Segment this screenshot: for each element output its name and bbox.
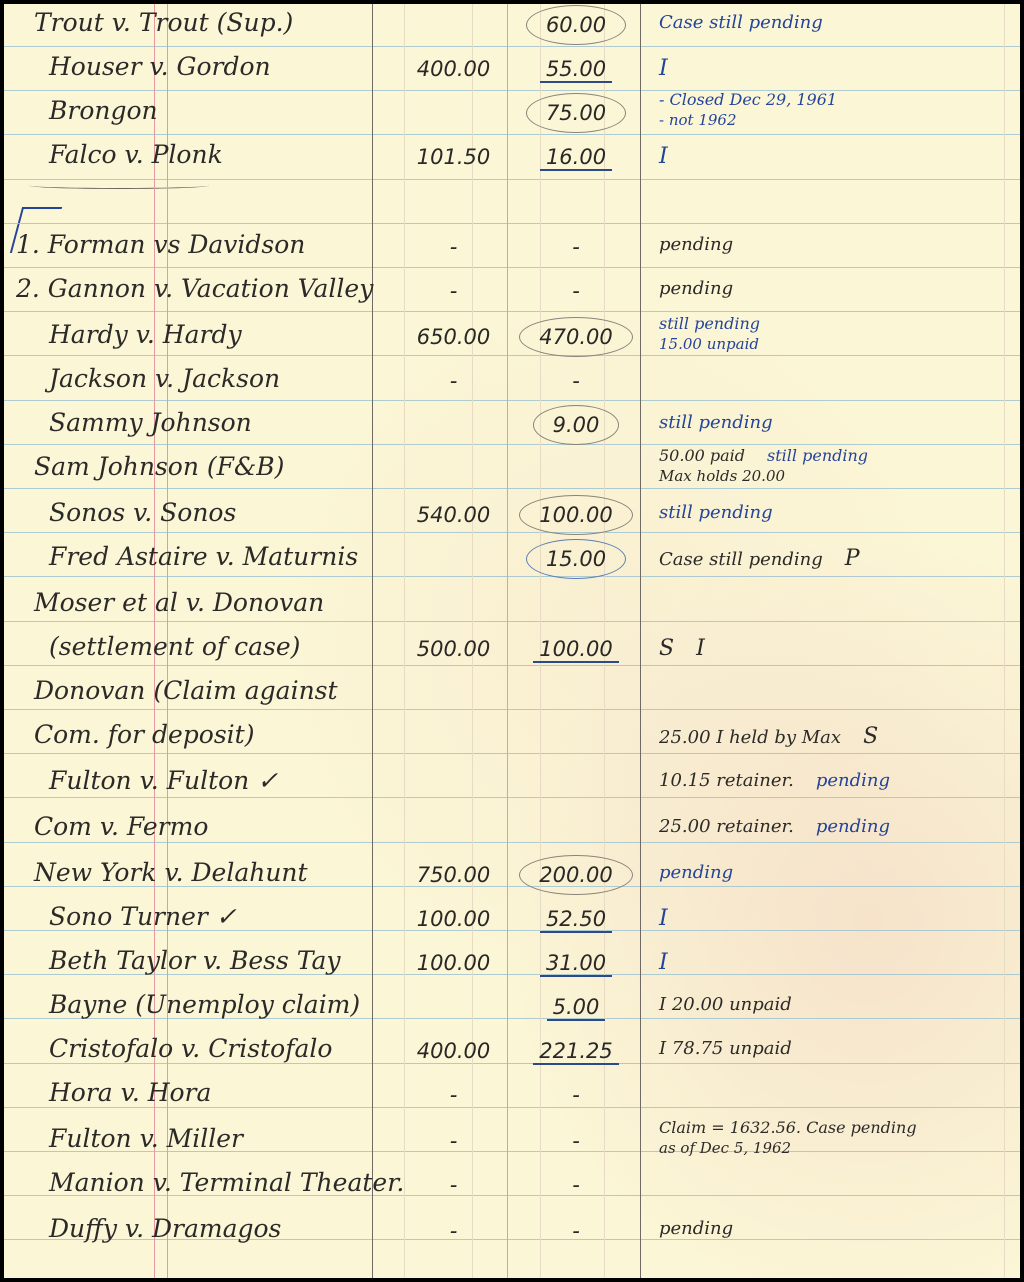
- note-text: 10.15 retainer.: [659, 770, 794, 791]
- ledger-row: Sono Turner ✓100.0052.50I: [4, 898, 1020, 942]
- paid-amount: 75.00: [540, 101, 612, 125]
- note-text: pending: [659, 278, 733, 299]
- status-note: Claim = 1632.56. Case pendingas of Dec 5…: [659, 1118, 917, 1157]
- ledger-row: Sonos v. Sonos540.00100.00still pending: [4, 494, 1020, 538]
- fee-amount: 500.00: [406, 637, 501, 661]
- fee-amount: -: [406, 1129, 501, 1153]
- note-extra: pending: [816, 816, 890, 837]
- paid-amount-cell: -: [517, 1083, 635, 1107]
- paid-amount: -: [566, 1219, 586, 1243]
- note-text: 50.00 paid: [659, 446, 745, 465]
- note-text: Case still pending: [659, 12, 823, 33]
- case-name: Sonos v. Sonos: [49, 498, 236, 527]
- fee-amount: -: [406, 279, 501, 303]
- paid-amount-cell: 16.00: [517, 145, 635, 171]
- paid-amount-cell: -: [517, 279, 635, 303]
- note-text: still pending: [659, 314, 760, 333]
- paid-amount: 60.00: [540, 13, 612, 37]
- ledger-row: Fulton v. Miller--Claim = 1632.56. Case …: [4, 1120, 1020, 1164]
- paid-amount: 55.00: [540, 57, 612, 83]
- paid-amount-cell: -: [517, 1173, 635, 1197]
- status-note: I 20.00 unpaid: [659, 994, 792, 1015]
- ledger-row: [4, 180, 1020, 224]
- ledger-row: Sam Johnson (F&B)50.00 paidstill pending…: [4, 448, 1020, 492]
- ledger-row: Jackson v. Jackson--: [4, 360, 1020, 404]
- paid-amount: -: [566, 235, 586, 259]
- note-extra: still pending: [767, 446, 868, 465]
- paid-amount: 221.25: [533, 1039, 618, 1065]
- case-name: New York v. Delahunt: [34, 858, 308, 887]
- paid-amount-cell: 100.00: [517, 637, 635, 663]
- status-note: Case still pendingP: [659, 546, 860, 571]
- note-extra: P: [845, 546, 860, 571]
- note-text: pending: [659, 862, 733, 883]
- case-name: Hora v. Hora: [49, 1078, 211, 1107]
- status-note: still pending15.00 unpaid: [659, 314, 760, 353]
- case-name: Manion v. Terminal Theater.: [49, 1168, 404, 1197]
- status-note: 10.15 retainer.pending: [659, 770, 890, 791]
- paid-amount-cell: 15.00: [517, 547, 635, 571]
- case-name: Cristofalo v. Cristofalo: [49, 1034, 332, 1063]
- ledger-row: Beth Taylor v. Bess Tay100.0031.00I: [4, 942, 1020, 986]
- paid-amount-cell: 5.00: [517, 995, 635, 1021]
- fee-amount: 400.00: [406, 1039, 501, 1063]
- status-note: 50.00 paidstill pendingMax holds 20.00: [659, 446, 868, 485]
- note-text: Case still pending: [659, 549, 823, 570]
- paid-amount: 9.00: [547, 413, 606, 437]
- paid-amount: 16.00: [540, 145, 612, 171]
- case-name: 1. Forman vs Davidson: [16, 230, 305, 259]
- case-name: Fulton v. Fulton ✓: [49, 766, 278, 795]
- paid-amount: -: [566, 1173, 586, 1197]
- case-name: Duffy v. Dramagos: [49, 1214, 281, 1243]
- ledger-row: Com v. Fermo25.00 retainer.pending: [4, 808, 1020, 852]
- paid-amount-cell: -: [517, 1129, 635, 1153]
- paid-amount-cell: 60.00: [517, 13, 635, 37]
- fee-amount: -: [406, 1173, 501, 1197]
- case-name: Bayne (Unemploy claim): [49, 990, 360, 1019]
- ledger-row: 1. Forman vs Davidson--pending: [4, 226, 1020, 270]
- status-note: SI: [659, 636, 705, 661]
- ledger-row: Fred Astaire v. Maturnis15.00Case still …: [4, 538, 1020, 582]
- note-extra: S: [863, 724, 878, 749]
- paid-amount: 100.00: [533, 637, 618, 663]
- status-note: 25.00 retainer.pending: [659, 816, 890, 837]
- case-name: Hardy v. Hardy: [49, 320, 242, 349]
- note-text: still pending: [659, 412, 773, 433]
- case-name: Moser et al v. Donovan: [34, 588, 324, 617]
- ledger-row: Bayne (Unemploy claim)5.00I 20.00 unpaid: [4, 986, 1020, 1030]
- status-note: pending: [659, 862, 733, 883]
- status-note: pending: [659, 234, 733, 255]
- case-name: Sono Turner ✓: [49, 902, 237, 931]
- ledger-row: Trout v. Trout (Sup.)60.00Case still pen…: [4, 4, 1020, 48]
- paid-amount: 470.00: [533, 325, 618, 349]
- note-text: I 20.00 unpaid: [659, 994, 792, 1015]
- case-name: Brongon: [49, 96, 158, 125]
- ledger-row: Houser v. Gordon400.0055.00I: [4, 48, 1020, 92]
- paid-amount-cell: 52.50: [517, 907, 635, 933]
- paid-amount: 52.50: [540, 907, 612, 933]
- ledger-row: New York v. Delahunt750.00200.00pending: [4, 854, 1020, 898]
- paid-amount-cell: 100.00: [517, 503, 635, 527]
- paid-amount-cell: 75.00: [517, 101, 635, 125]
- paid-amount-cell: 221.25: [517, 1039, 635, 1065]
- fee-amount: -: [406, 1083, 501, 1107]
- paid-amount-cell: -: [517, 235, 635, 259]
- note-text: Claim = 1632.56. Case pending: [659, 1118, 917, 1137]
- fee-amount: -: [406, 235, 501, 259]
- status-note: pending: [659, 1218, 733, 1239]
- case-name: Fred Astaire v. Maturnis: [49, 542, 358, 571]
- paid-amount-cell: 31.00: [517, 951, 635, 977]
- case-name: Falco v. Plonk: [49, 140, 223, 169]
- ledger-row: Hora v. Hora--: [4, 1074, 1020, 1118]
- status-note: I: [659, 906, 668, 931]
- paid-amount: 31.00: [540, 951, 612, 977]
- paid-amount-cell: 470.00: [517, 325, 635, 349]
- paid-amount-cell: 55.00: [517, 57, 635, 83]
- status-note: - Closed Dec 29, 1961- not 1962: [659, 90, 837, 129]
- case-name: Fulton v. Miller: [49, 1124, 243, 1153]
- status-note: 25.00 I held by MaxS: [659, 724, 878, 749]
- case-name: Beth Taylor v. Bess Tay: [49, 946, 341, 975]
- ledger-row: Manion v. Terminal Theater.--: [4, 1164, 1020, 1208]
- ledger-row: Sammy Johnson9.00still pending: [4, 404, 1020, 448]
- note-second-line: - not 1962: [659, 111, 837, 129]
- paid-amount: 15.00: [540, 547, 612, 571]
- note-text: 25.00 retainer.: [659, 816, 794, 837]
- fee-amount: 100.00: [406, 951, 501, 975]
- ledger-row: Fulton v. Fulton ✓10.15 retainer.pending: [4, 762, 1020, 806]
- case-name: Com v. Fermo: [34, 812, 208, 841]
- case-name: Houser v. Gordon: [49, 52, 271, 81]
- note-extra: I: [696, 636, 705, 661]
- note-text: I: [659, 906, 668, 931]
- paid-amount: 100.00: [533, 503, 618, 527]
- case-name: Trout v. Trout (Sup.): [34, 8, 293, 37]
- note-second-line: as of Dec 5, 1962: [659, 1139, 917, 1157]
- case-name: 2. Gannon v. Vacation Valley: [16, 274, 373, 303]
- ledger-row: (settlement of case)500.00100.00SI: [4, 628, 1020, 672]
- fee-amount: 540.00: [406, 503, 501, 527]
- paid-amount-cell: 9.00: [517, 413, 635, 437]
- ledger-row: Falco v. Plonk101.5016.00I: [4, 136, 1020, 180]
- case-name: Donovan (Claim against: [34, 676, 338, 705]
- note-text: I: [659, 950, 668, 975]
- paid-amount: -: [566, 1083, 586, 1107]
- fee-amount: -: [406, 1219, 501, 1243]
- ledger-page: Trout v. Trout (Sup.)60.00Case still pen…: [4, 4, 1020, 1278]
- ledger-row: Donovan (Claim against: [4, 672, 1020, 716]
- note-text: S: [659, 636, 674, 661]
- note-text: I 78.75 unpaid: [659, 1038, 792, 1059]
- ledger-row: Moser et al v. Donovan: [4, 584, 1020, 628]
- paid-amount: -: [566, 369, 586, 393]
- status-note: still pending: [659, 502, 773, 523]
- note-text: pending: [659, 1218, 733, 1239]
- paid-amount-cell: 200.00: [517, 863, 635, 887]
- status-note: pending: [659, 278, 733, 299]
- paid-amount: 200.00: [533, 863, 618, 887]
- status-note: still pending: [659, 412, 773, 433]
- status-note: I 78.75 unpaid: [659, 1038, 792, 1059]
- paid-amount-cell: -: [517, 369, 635, 393]
- paid-amount-cell: -: [517, 1219, 635, 1243]
- paid-amount: -: [566, 279, 586, 303]
- fee-amount: 101.50: [406, 145, 501, 169]
- note-second-line: 15.00 unpaid: [659, 335, 760, 353]
- paid-amount: -: [566, 1129, 586, 1153]
- ledger-row: 2. Gannon v. Vacation Valley--pending: [4, 270, 1020, 314]
- case-name: Sammy Johnson: [49, 408, 252, 437]
- ledger-row: Com. for deposit)25.00 I held by MaxS: [4, 716, 1020, 760]
- status-note: I: [659, 144, 668, 169]
- note-text: - Closed Dec 29, 1961: [659, 90, 837, 109]
- ledger-row: Brongon75.00- Closed Dec 29, 1961- not 1…: [4, 92, 1020, 136]
- status-note: I: [659, 950, 668, 975]
- paid-amount: 5.00: [547, 995, 606, 1021]
- case-name: Com. for deposit): [34, 720, 254, 749]
- fee-amount: -: [406, 369, 501, 393]
- note-text: still pending: [659, 502, 773, 523]
- fee-amount: 400.00: [406, 57, 501, 81]
- case-name: (settlement of case): [49, 632, 300, 661]
- fee-amount: 100.00: [406, 907, 501, 931]
- status-note: I: [659, 56, 668, 81]
- ledger-row: Hardy v. Hardy650.00470.00still pending1…: [4, 316, 1020, 360]
- status-note: Case still pending: [659, 12, 823, 33]
- case-name: Sam Johnson (F&B): [34, 452, 284, 481]
- ledger-row: Duffy v. Dramagos--pending: [4, 1210, 1020, 1254]
- note-text: I: [659, 56, 668, 81]
- note-extra: pending: [816, 770, 890, 791]
- fee-amount: 750.00: [406, 863, 501, 887]
- note-second-line: Max holds 20.00: [659, 467, 868, 485]
- ledger-row: Cristofalo v. Cristofalo400.00221.25I 78…: [4, 1030, 1020, 1074]
- note-text: 25.00 I held by Max: [659, 727, 841, 748]
- case-name: Jackson v. Jackson: [49, 364, 280, 393]
- fee-amount: 650.00: [406, 325, 501, 349]
- note-text: I: [659, 144, 668, 169]
- note-text: pending: [659, 234, 733, 255]
